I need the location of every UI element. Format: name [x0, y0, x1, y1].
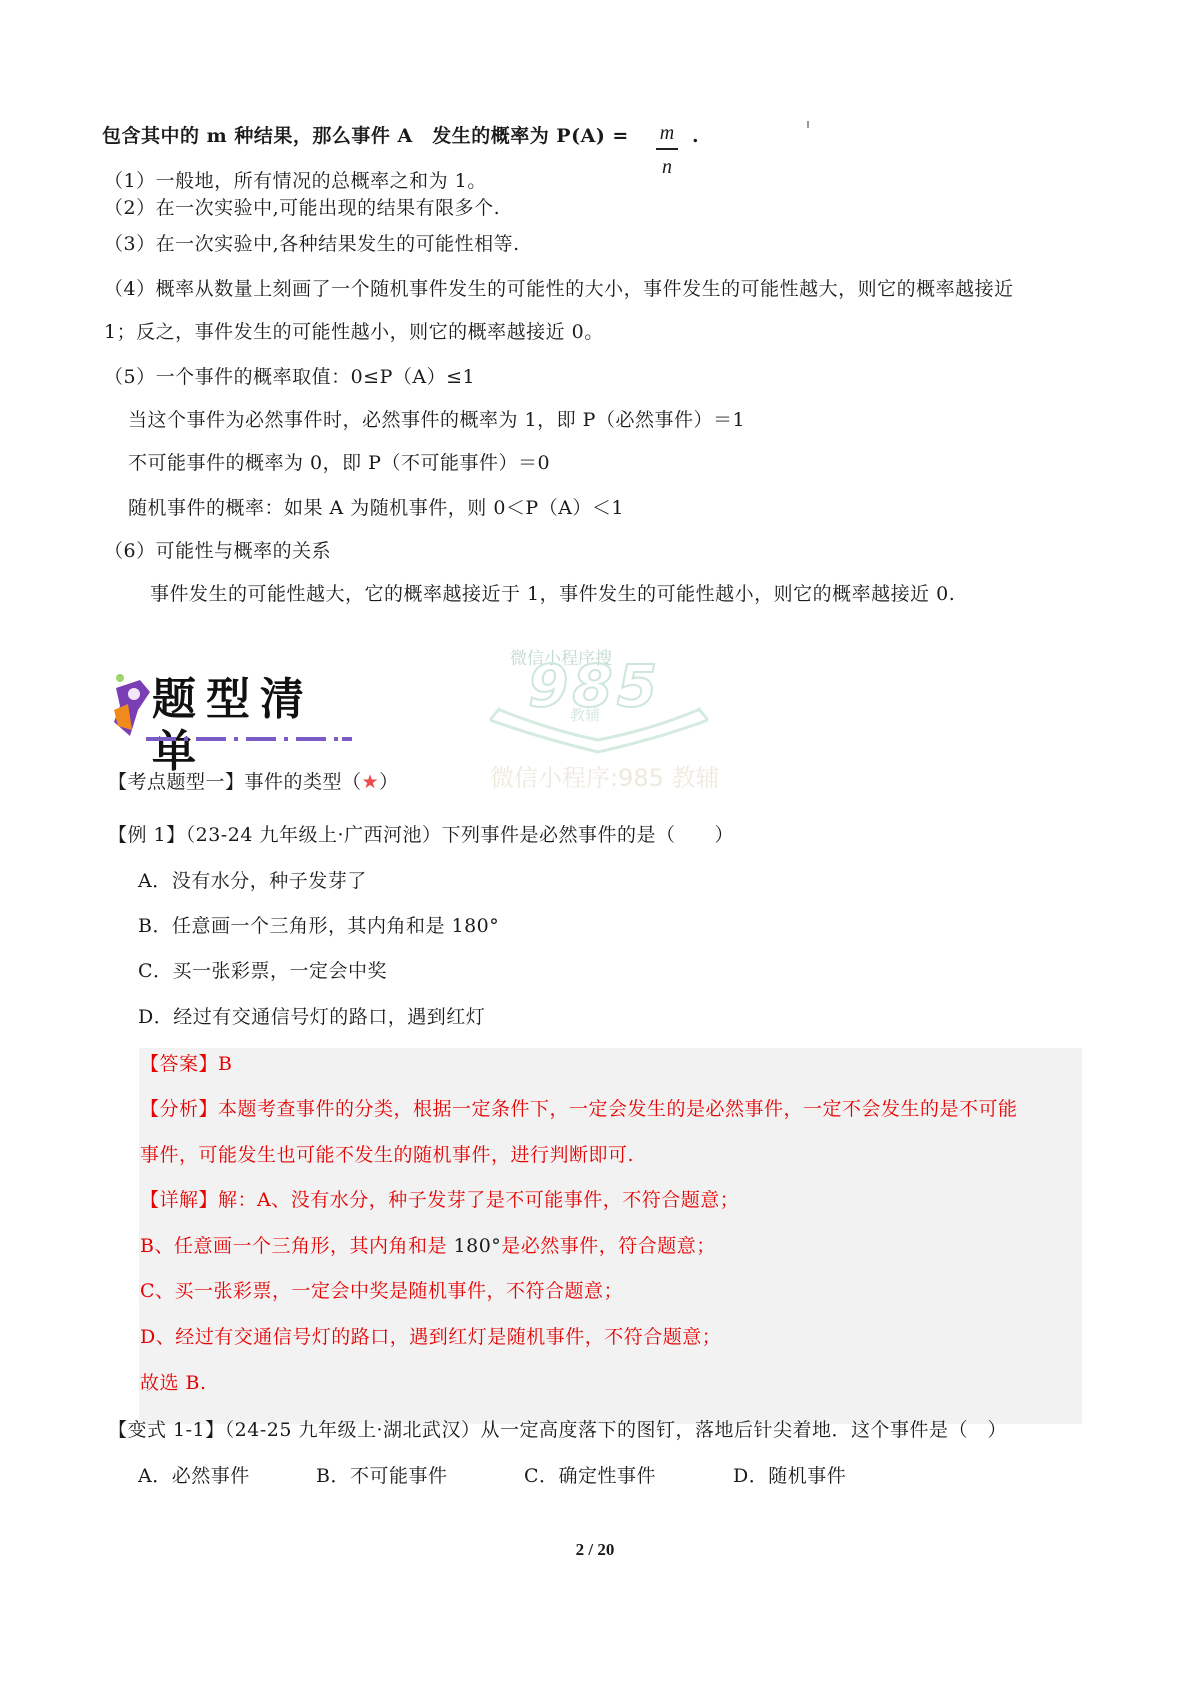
- answer-label: 【答案】B: [140, 1052, 232, 1076]
- property-5-certain: 当这个事件为必然事件时，必然事件的概率为 1，即 P（必然事件）＝1: [128, 408, 745, 432]
- wizard-icon: [110, 670, 154, 740]
- stray-mark: [807, 121, 809, 128]
- property-5-impossible: 不可能事件的概率为 0，即 P（不可能事件）＝0: [128, 451, 550, 475]
- section-heading-prefix: 【考点题型一】事件的类型（: [108, 771, 362, 793]
- variant-option-c: C．确定性事件: [524, 1464, 656, 1488]
- detail-line-4: D、经过有交通信号灯的路口，遇到红灯是随机事件，不符合题意；: [140, 1325, 721, 1349]
- fraction-denominator: n: [654, 156, 680, 179]
- variant-option-a: A．必然事件: [138, 1464, 250, 1488]
- detail-line-2-post: 是必然事件，符合题意；: [501, 1235, 716, 1257]
- page-number: 2 / 20: [0, 1540, 1190, 1560]
- banner-title: 题型清单: [152, 674, 352, 778]
- star-icon: ★: [362, 771, 380, 793]
- variant-option-d: D．随机事件: [733, 1464, 846, 1488]
- property-2: （2）在一次实验中,可能出现的结果有限多个.: [104, 196, 500, 220]
- option-b: B．任意画一个三角形，其内角和是 180°: [138, 914, 499, 938]
- detail-line-1: 【详解】解：A、没有水分，种子发芽了是不可能事件，不符合题意；: [140, 1188, 739, 1212]
- property-6-detail: 事件发生的可能性越大，它的概率越接近于 1，事件发生的可能性越小，则它的概率越接…: [150, 582, 955, 606]
- section-banner: 题型清单: [106, 666, 352, 746]
- book-icon: [480, 690, 720, 760]
- analysis-line-2: 事件，可能发生也可能不发生的随机事件，进行判断即可.: [140, 1143, 634, 1167]
- section-heading-suffix: ）: [379, 771, 399, 793]
- formula-period: .: [692, 124, 699, 148]
- detail-line-3: C、买一张彩票，一定会中奖是随机事件，不符合题意；: [140, 1279, 623, 1303]
- option-a: A．没有水分，种子发芽了: [138, 869, 367, 893]
- fraction-numerator: m: [654, 122, 680, 145]
- option-d: D．经过有交通信号灯的路口，遇到红灯: [138, 1005, 485, 1029]
- property-3: （3）在一次实验中,各种结果发生的可能性相等.: [104, 232, 520, 256]
- detail-line-2-number: 180°: [454, 1235, 502, 1257]
- property-5: （5）一个事件的概率取值：0≤P（A）≤1: [104, 365, 475, 389]
- detail-line-2-pre: B、任意画一个三角形，其内角和是: [140, 1235, 454, 1257]
- detail-line-2: B、任意画一个三角形，其内角和是 180°是必然事件，符合题意；: [140, 1234, 716, 1258]
- variant-option-b: B．不可能事件: [316, 1464, 447, 1488]
- banner-underline: [146, 736, 352, 742]
- example-1-stem: 【例 1】（23-24 九年级上·广西河池）下列事件是必然事件的是（ ）: [108, 823, 734, 847]
- formula-text: 包含其中的 m 种结果，那么事件 A 发生的概率为 P(A) =: [102, 124, 629, 148]
- variant-1-1-stem: 【变式 1-1】（24-25 九年级上·湖北武汉）从一定高度落下的图钉，落地后针…: [108, 1418, 1007, 1442]
- fraction-bar: [656, 148, 678, 150]
- option-c: C．买一张彩票，一定会中奖: [138, 959, 387, 983]
- property-1: （1）一般地，所有情况的总概率之和为 1。: [104, 169, 487, 193]
- conclusion: 故选 B.: [140, 1371, 207, 1395]
- property-5-random: 随机事件的概率：如果 A 为随机事件，则 0＜P（A）＜1: [128, 496, 624, 520]
- section-heading: 【考点题型一】事件的类型（★）: [108, 770, 399, 794]
- property-6: （6）可能性与概率的关系: [104, 539, 331, 563]
- analysis-line-1: 【分析】本题考查事件的分类，根据一定条件下，一定会发生的是必然事件，一定不会发生…: [140, 1097, 1018, 1121]
- property-4: （4）概率从数量上刻画了一个随机事件发生的可能性的大小，事件发生的可能性越大，则…: [104, 277, 1014, 301]
- property-4-cont: 1；反之，事件发生的可能性越小，则它的概率越接近 0。: [104, 320, 604, 344]
- watermark-bottom: 微信小程序:985 教辅: [490, 758, 720, 793]
